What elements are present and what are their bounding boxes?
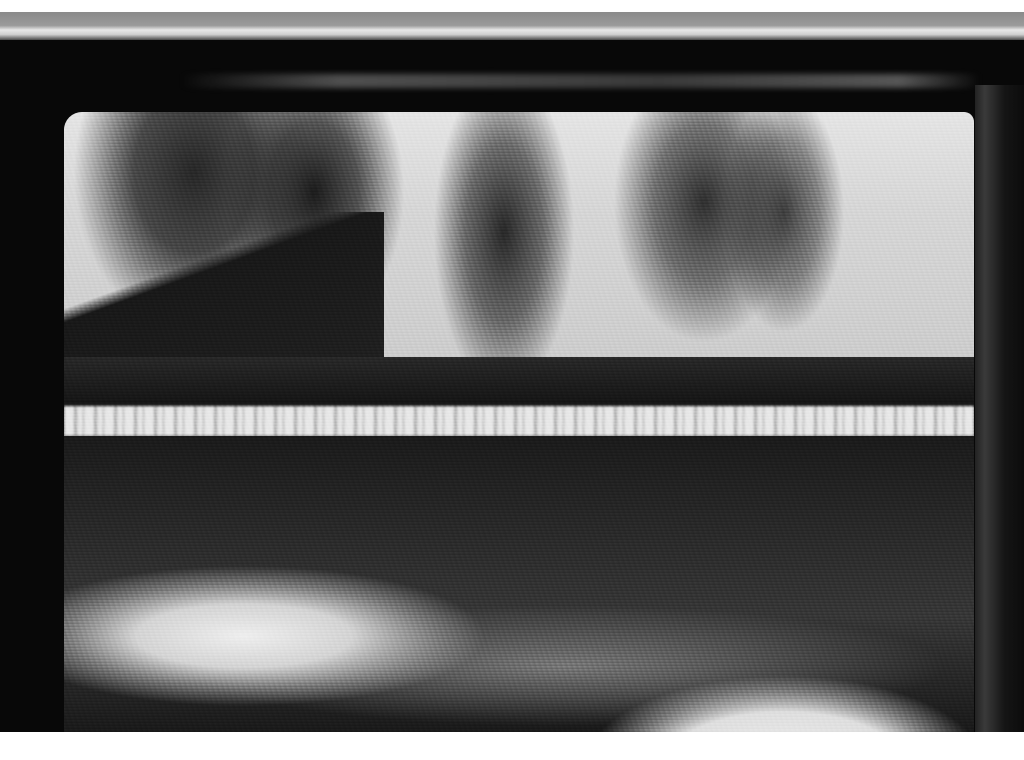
monitor-top-rim [0, 12, 1024, 42]
crt-screen [64, 112, 974, 732]
scanline-noise-overlay [64, 112, 974, 732]
photo-border [0, 732, 1024, 760]
bezel-reflection [180, 74, 980, 88]
monitor-right-frame [975, 85, 1024, 732]
